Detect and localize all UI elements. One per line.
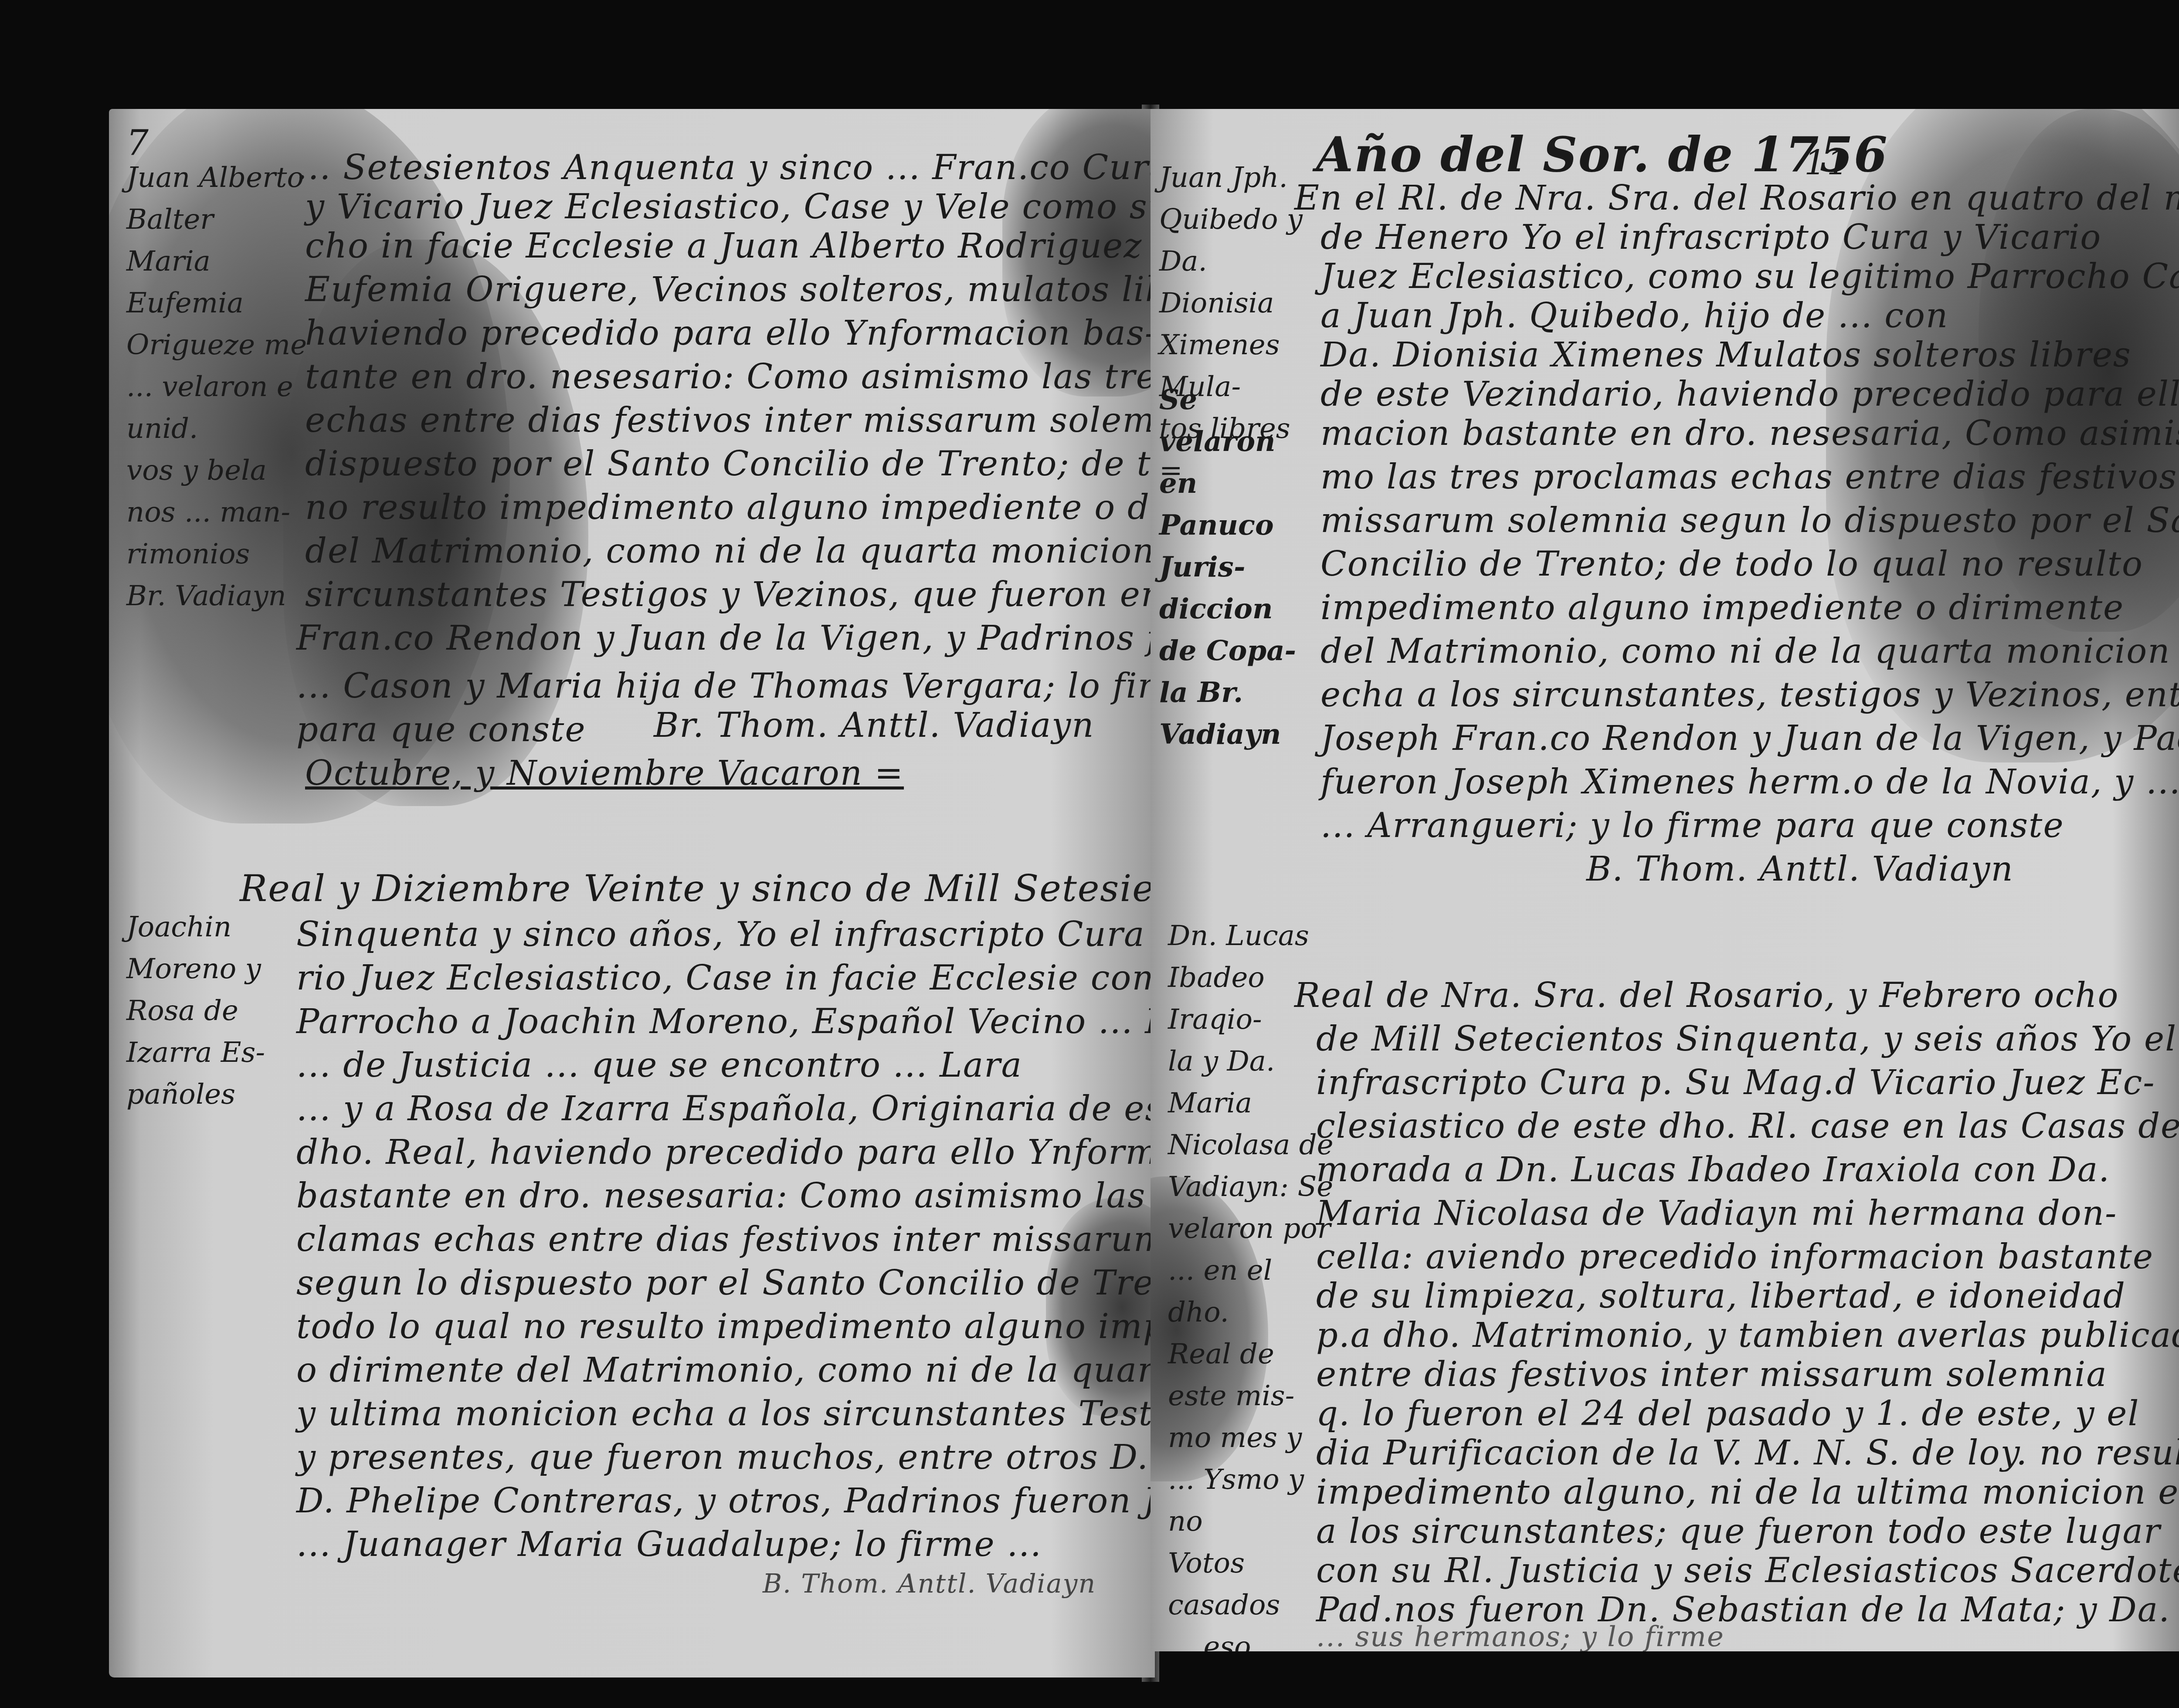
entry-line: Joseph Fran.co Rendon y Juan de la Vigen… — [1320, 719, 2179, 758]
entry-line: cho in facie Ecclesie a Juan Alberto Rod… — [305, 227, 1155, 266]
entry-line: macion bastante en dro. nesesaria, Como … — [1320, 414, 2179, 453]
vacancy-note: Octubre, y Noviembre Vacaron = — [305, 754, 904, 793]
signature: Br. Thom. Anttl. Vadiayn — [654, 706, 1095, 745]
entry-line: echas entre dias festivos inter missarum… — [305, 401, 1155, 440]
margin-note-entry2: Joachin Moreno y Rosa de Izarra Es- paño… — [126, 906, 309, 1115]
entry-line: echa a los sircunstantes, testigos y Vez… — [1320, 675, 2179, 715]
entry-line: ... sus hermanos; y lo firme — [1316, 1621, 1724, 1651]
entry-line: de su limpieza, soltura, libertad, e ido… — [1316, 1277, 2126, 1316]
entry-line: Maria Nicolasa de Vadiayn mi hermana don… — [1316, 1194, 2117, 1233]
entry-line: Real de Nra. Sra. del Rosario, y Febrero… — [1294, 976, 2119, 1015]
entry-line: con su Rl. Justicia y seis Eclesiasticos… — [1316, 1551, 2179, 1590]
entry-heading: Real y Diziembre Veinte y sinco de Mill … — [240, 867, 1155, 910]
entry-line: En el Rl. de Nra. Sra. del Rosario en qu… — [1294, 179, 2179, 218]
entry-line: ... Setesientos Anquenta y sinco ... Fra… — [296, 148, 1155, 187]
entry-line: de Henero Yo el infrascripto Cura y Vica… — [1320, 218, 2101, 257]
entry-line: morada a Dn. Lucas Ibadeo Iraxiola con D… — [1316, 1150, 2110, 1189]
entry-line: Juez Eclesiastico, como su legitimo Parr… — [1320, 257, 2179, 296]
entry-line: Parrocho a Joachin Moreno, Español Vecin… — [296, 1002, 1155, 1041]
entry-line: p.a dho. Matrimonio, y tambien averlas p… — [1316, 1316, 2179, 1355]
entry-line: no resulto impedimento alguno impediente… — [305, 488, 1155, 527]
entry-line: y ultima monicion echa a los sircunstant… — [296, 1394, 1155, 1433]
entry-line: de este Vezindario, haviendo precedido p… — [1320, 375, 2179, 414]
entry-line: q. lo fueron el 24 del pasado y 1. de es… — [1316, 1394, 2139, 1433]
margin-note-entry2: Dn. Lucas Ibadeo Iraqio- la y Da. Maria … — [1168, 915, 1334, 1651]
entry-line: o dirimente del Matrimonio, como ni de l… — [296, 1351, 1155, 1390]
margin-note-entry1: Juan Alberto Balter Maria Eufemia Origue… — [126, 157, 309, 617]
entry-line: Eufemia Origuere, Vecinos solteros, mula… — [305, 270, 1155, 309]
entry-line: sircunstantes Testigos y Vezinos, que fu… — [305, 575, 1155, 614]
entry-line: del Matrimonio, como ni de la quarta mon… — [1320, 632, 2170, 671]
entry-line: clesiastico de este dho. Rl. case en las… — [1316, 1107, 2179, 1146]
entry-line: para que conste — [296, 710, 586, 749]
entry-line: haviendo precedido para ello Ynformacion… — [305, 314, 1155, 353]
entry-line: cella: aviendo precedido informacion bas… — [1316, 1237, 2154, 1277]
entry-line: dho. Real, haviendo precedido para ello … — [296, 1133, 1155, 1172]
entry-line: Sinquenta y sinco años, Yo el infrascrip… — [296, 915, 1155, 954]
entry-line: del Matrimonio, como ni de la quarta mon… — [305, 532, 1155, 571]
entry-line: D. Phelipe Contreras, y otros, Padrinos … — [296, 1481, 1155, 1521]
entry-line: mo las tres proclamas echas entre dias f… — [1320, 457, 2179, 497]
right-page: Año del Sor. de 1756 11 Juan Jph. Quibed… — [1151, 109, 2179, 1651]
entry-line: segun lo dispuesto por el Santo Concilio… — [296, 1264, 1155, 1303]
entry-line: infrascripto Cura p. Su Mag.d Vicario Ju… — [1316, 1063, 2155, 1102]
entry-line: y presentes, que fueron muchos, entre ot… — [296, 1438, 1155, 1477]
signature: B. Thom. Anttl. Vadiayn — [1586, 850, 2014, 889]
entry-line: rio Juez Eclesiastico, Case in facie Ecc… — [296, 959, 1155, 998]
entry-line: bastante en dro. nesesaria: Como asimism… — [296, 1176, 1155, 1216]
entry-line: tante en dro. nesesario: Como asimismo l… — [305, 357, 1155, 396]
entry-line: a los sircunstantes; que fueron todo est… — [1316, 1512, 2161, 1551]
entry-line: dia Purificacion de la V. M. N. S. de lo… — [1316, 1433, 2179, 1473]
entry-line: entre dias festivos inter missarum solem… — [1316, 1355, 2108, 1394]
velacion-note: Se velaron en Panuco Juris- diccion de C… — [1159, 379, 1316, 756]
entry-line: Fran.co Rendon y Juan de la Vigen, y Pad… — [296, 619, 1155, 658]
year-header: Año del Sor. de 1756 — [1316, 126, 1888, 183]
entry-line: a Juan Jph. Quibedo, hijo de ... con — [1320, 296, 1948, 335]
entry-line: missarum solemnia segun lo dispuesto por… — [1320, 501, 2179, 540]
entry-line: clamas echas entre dias festivos inter m… — [296, 1220, 1155, 1259]
left-page: 7 Juan Alberto Balter Maria Eufemia Orig… — [109, 109, 1155, 1677]
entry-line: impedimento alguno, ni de la ultima moni… — [1316, 1473, 2179, 1512]
entry-line: ... de Justicia ... que se encontro ... … — [296, 1046, 1022, 1085]
folio-number: 11 — [1804, 144, 1849, 183]
entry-line: Concilio de Trento; de todo lo qual no r… — [1320, 545, 2143, 584]
entry-line: ... Cason y Maria hija de Thomas Vergara… — [296, 667, 1155, 706]
entry-line: fueron Joseph Ximenes herm.o de la Novia… — [1320, 762, 2179, 802]
entry-line: ... y a Rosa de Izarra Española, Origina… — [296, 1089, 1155, 1128]
entry-line: ... Arrangueri; y lo firme para que cons… — [1320, 806, 2064, 845]
entry-line: impedimento alguno impediente o diriment… — [1320, 588, 2124, 627]
signature: B. Thom. Anttl. Vadiayn — [763, 1569, 1096, 1599]
entry-line: dispuesto por el Santo Concilio de Trent… — [305, 444, 1155, 484]
entry-line: y Vicario Juez Eclesiastico, Case y Vele… — [305, 187, 1155, 227]
entry-line: Da. Dionisia Ximenes Mulatos solteros li… — [1320, 335, 2131, 375]
entry-line: ... Juanager Maria Guadalupe; lo firme .… — [296, 1525, 1042, 1564]
entry-line: de Mill Setecientos Sinquenta, y seis añ… — [1316, 1020, 2177, 1059]
entry-line: todo lo qual no resulto impedimento algu… — [296, 1307, 1155, 1346]
